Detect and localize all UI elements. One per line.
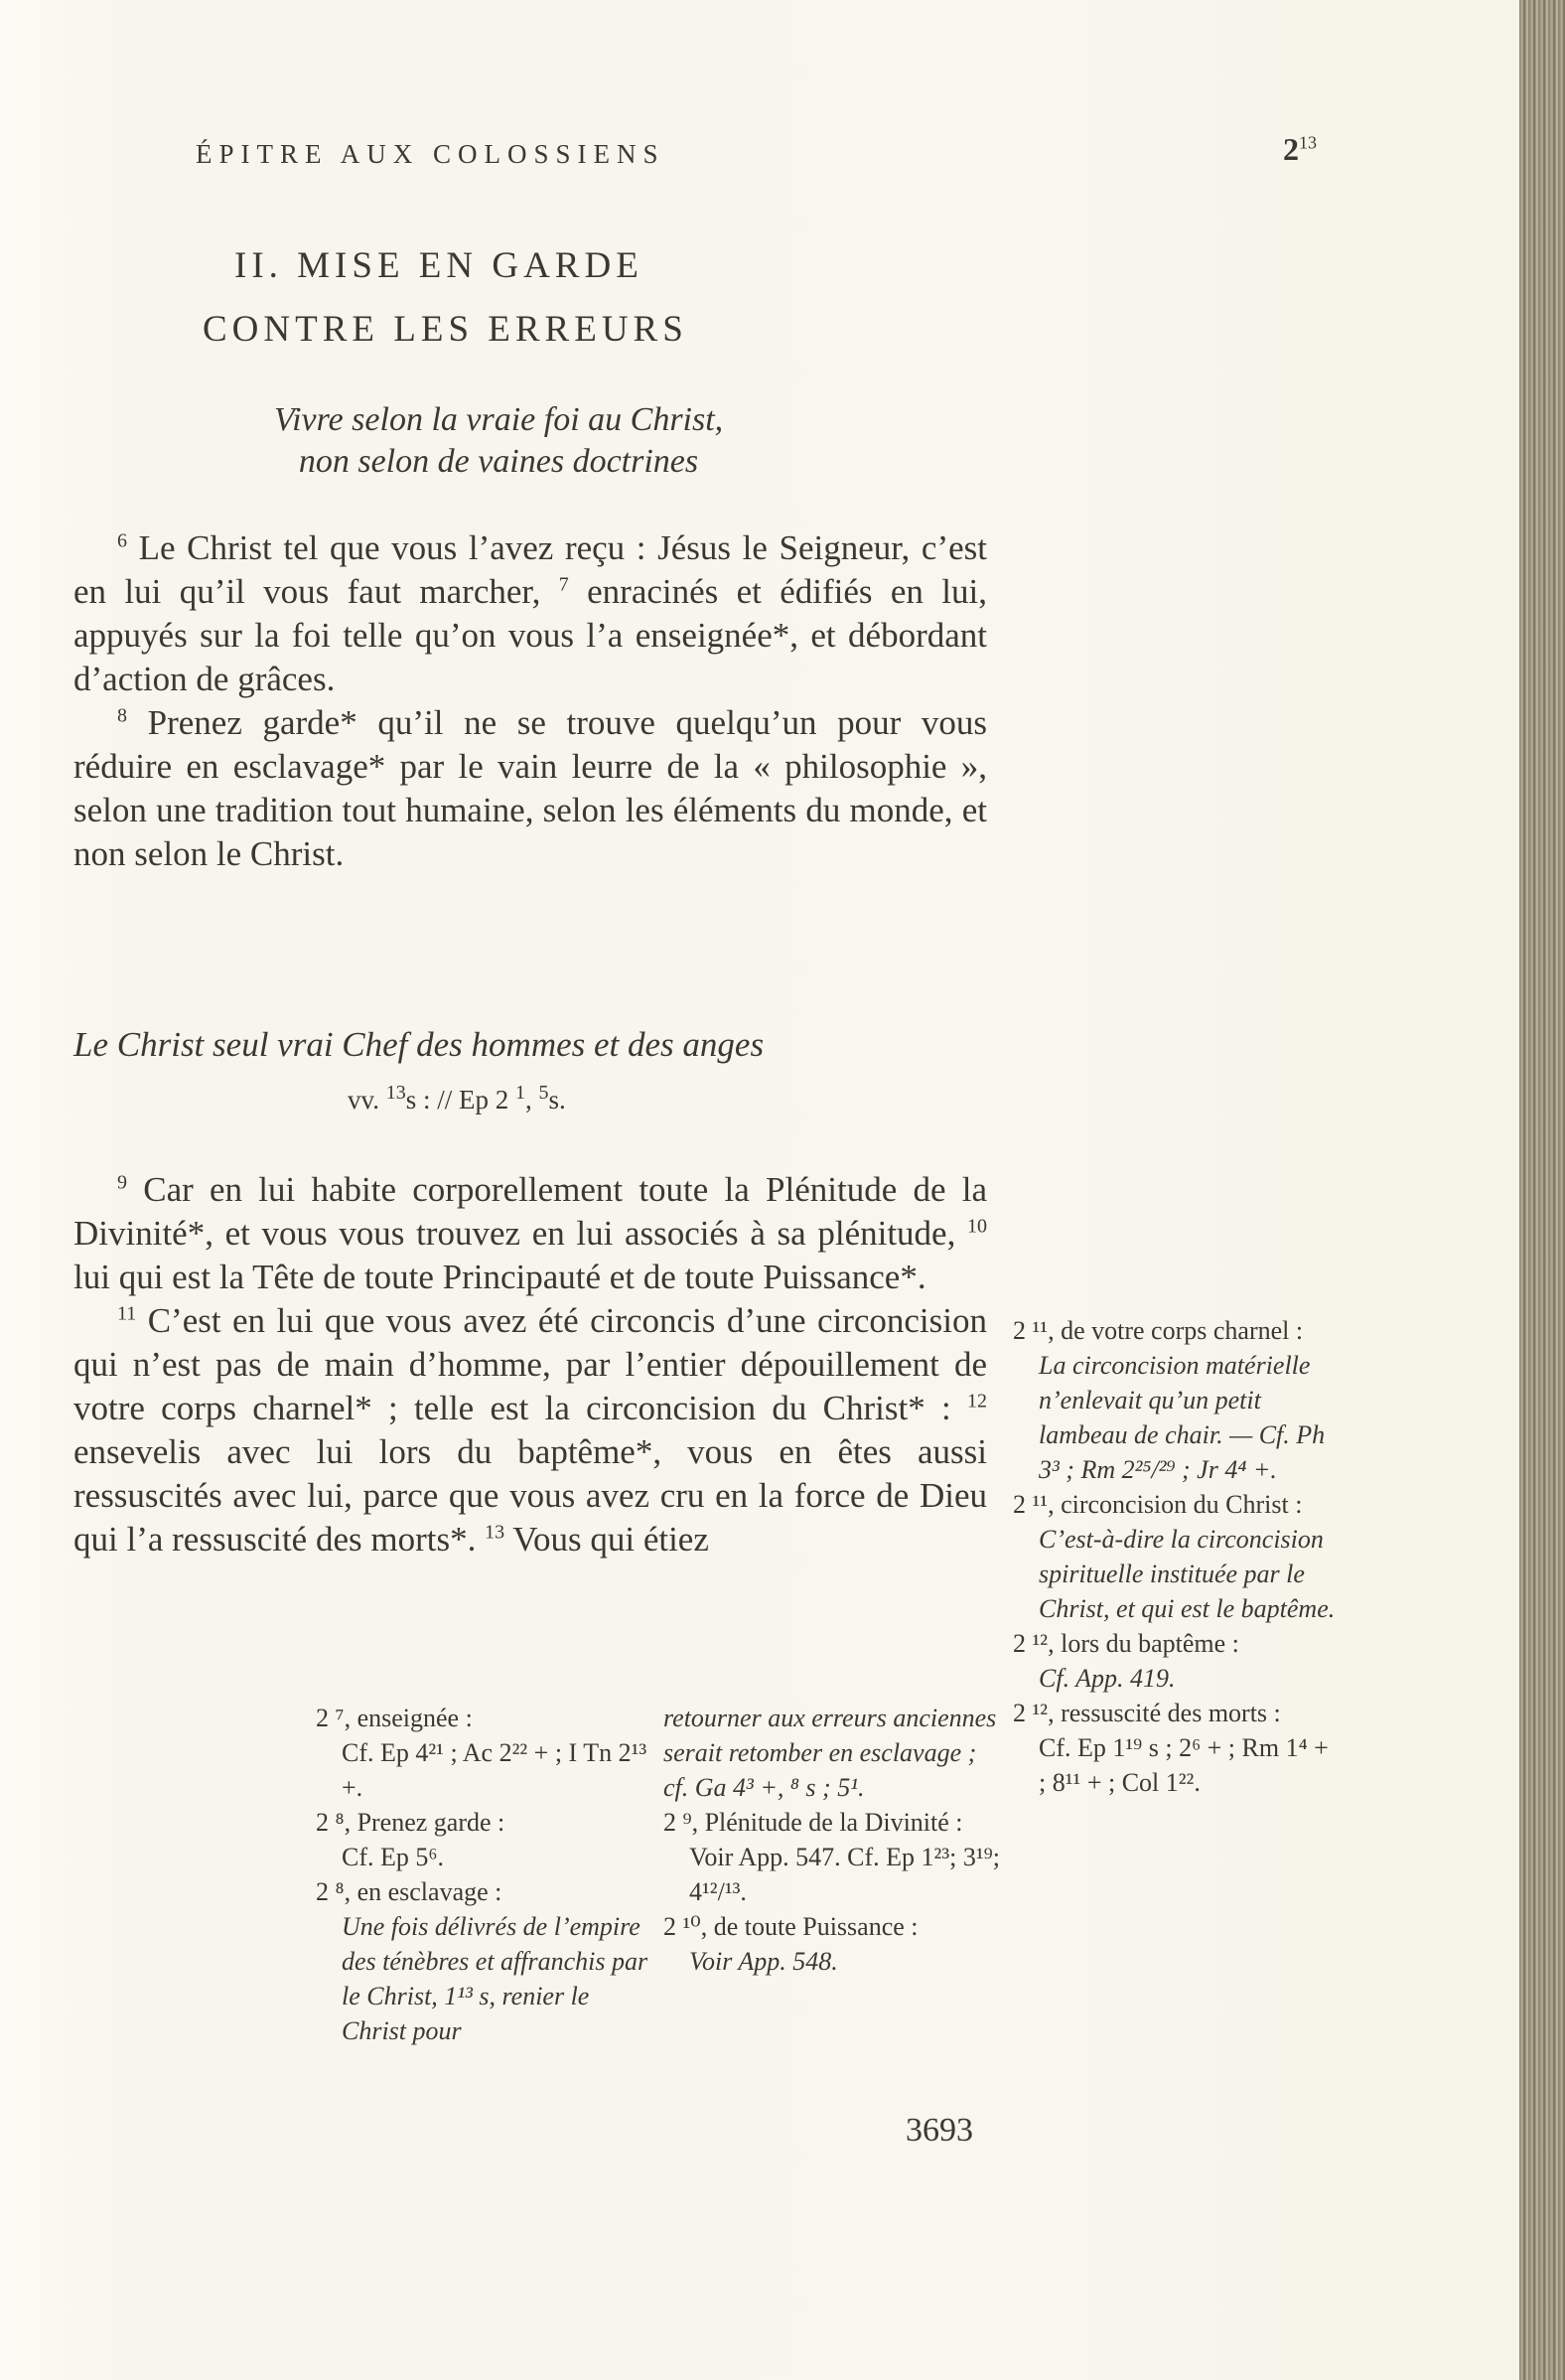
margin-note-body: C’est-à-dire la circoncision spirituelle…: [1013, 1522, 1341, 1626]
body-text-block-1: 6 Le Christ tel que vous l’avez reçu : J…: [73, 526, 987, 876]
margin-note-ref: 2 ¹¹, circoncision du Christ :: [1013, 1487, 1341, 1522]
margin-note-body: La circoncision matérielle n’enlevait qu…: [1013, 1348, 1341, 1487]
section2-title: Le Christ seul vrai Chef des hommes et d…: [73, 1025, 992, 1065]
footnote-body: Une fois délivrés de l’empire des ténèbr…: [316, 1909, 653, 2048]
footnote-body: Cf. Ep 4²¹ ; Ac 2²² + ; I Tn 2¹³ +.: [316, 1735, 653, 1805]
footnote-body: Voir App. 548.: [663, 1944, 1001, 1979]
section-subtitle-line2: non selon de vaines doctrines: [141, 443, 856, 481]
paragraph-v11-13: 11 C’est en lui que vous avez été circon…: [73, 1299, 987, 1562]
footnote-body: Cf. Ep 5⁶.: [316, 1840, 653, 1874]
footnote-ref: 2 ⁷, enseignée :: [316, 1701, 653, 1735]
section2-parallel-ref: vv. 13s : // Ep 2 1, 5s.: [348, 1085, 566, 1116]
section-title-line2: CONTRE LES ERREURS: [203, 308, 688, 351]
book-page-edges: [1519, 0, 1565, 2380]
running-title: ÉPITRE AUX COLOSSIENS: [196, 139, 665, 170]
footnotes-column-1: 2 ⁷, enseignée : Cf. Ep 4²¹ ; Ac 2²² + ;…: [316, 1701, 653, 2048]
margin-note-body: Cf. Ep 1¹⁹ s ; 2⁶ + ; Rm 1⁴ + ; 8¹¹ + ; …: [1013, 1730, 1341, 1800]
section-title-line1: II. MISE EN GARDE: [234, 244, 643, 287]
footnote-ref: 2 ⁹, Plénitude de la Divinité :: [663, 1805, 1001, 1840]
footnote-ref: 2 ⁸, Prenez garde :: [316, 1805, 653, 1840]
section-subtitle-line1: Vivre selon la vraie foi au Christ,: [141, 401, 856, 439]
margin-note-ref: 2 ¹¹, de votre corps charnel :: [1013, 1313, 1341, 1348]
body-text-block-2: 9 Car en lui habite corporellement toute…: [73, 1168, 987, 1562]
chapter-verse-ref: 213: [1283, 131, 1317, 168]
footnotes-column-2: retourner aux erreurs anciennes serait r…: [663, 1701, 1001, 1979]
footnote-ref: 2 ⁸, en esclavage :: [316, 1874, 653, 1909]
paragraph-v9-10: 9 Car en lui habite corporellement toute…: [73, 1168, 987, 1299]
paragraph-v8: 8 Prenez garde* qu’il ne se trouve quelq…: [73, 701, 987, 876]
margin-note-ref: 2 ¹², lors du baptême :: [1013, 1626, 1341, 1661]
margin-note-body: Cf. App. 419.: [1013, 1661, 1341, 1696]
footnote-ref: 2 ¹⁰, de toute Puissance :: [663, 1909, 1001, 1944]
footnote-body: retourner aux erreurs anciennes serait r…: [663, 1701, 1001, 1805]
page-number: 3693: [906, 2112, 973, 2150]
margin-notes: 2 ¹¹, de votre corps charnel : La circon…: [1013, 1313, 1341, 1800]
margin-note-ref: 2 ¹², ressuscité des morts :: [1013, 1696, 1341, 1730]
paragraph-v6-7: 6 Le Christ tel que vous l’avez reçu : J…: [73, 526, 987, 701]
footnote-body: Voir App. 547. Cf. Ep 1²³; 3¹⁹; 4¹²/¹³.: [663, 1840, 1001, 1909]
